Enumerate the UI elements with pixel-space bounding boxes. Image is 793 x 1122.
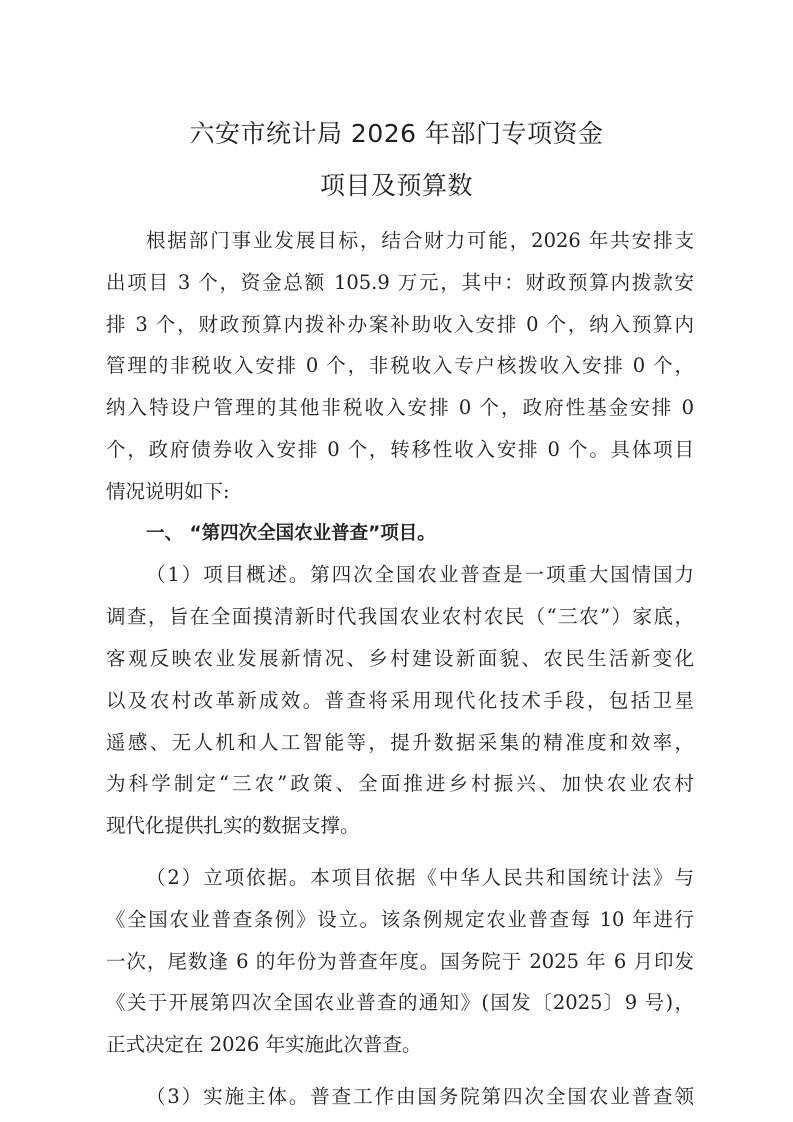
paragraph-line: 纳入特设户管理的其他非税收入安排 0 个，政府性基金安排 0 (106, 387, 694, 429)
paragraph-line: 为科学制定“三农”政策、全面推进乡村振兴、加快农业农村 (106, 763, 694, 805)
section-heading: 一、 “第四次全国农业普查”项目。 (106, 513, 694, 555)
overview-paragraph: （1）项目概述。第四次全国农业普查是一项重大国情国力 调查，旨在全面摸清新时代我… (106, 554, 694, 847)
paragraph-line: 《全国农业普查条例》设立。该条例规定农业普查每 10 年进行 (106, 899, 694, 941)
paragraph-line: 以及农村改革新成效。普查将采用现代化技术手段，包括卫星 (106, 680, 694, 722)
document-title-line1: 六安市统计局 2026 年部门专项资金 (0, 114, 793, 150)
paragraph-spacing (106, 847, 694, 857)
paragraph-line: 情况说明如下: (106, 471, 694, 513)
document-page: 六安市统计局 2026 年部门专项资金 项目及预算数 根据部门事业发展目标，结合… (0, 0, 793, 1122)
paragraph-line: 管理的非税收入安排 0 个，非税收入专户核拨收入安排 0 个， (106, 345, 694, 387)
paragraph-line: （2）立项依据。本项目依据《中华人民共和国统计法》与 (106, 857, 694, 899)
paragraph-line: 现代化提供扎实的数据支撑。 (106, 805, 694, 847)
paragraph-line: 客观反映农业发展新情况、乡村建设新面貌、农民生活新变化 (106, 638, 694, 680)
paragraph-line: 根据部门事业发展目标，结合财力可能，2026 年共安排支 (106, 220, 694, 262)
paragraph-line: 正式决定在 2026 年实施此次普查。 (106, 1024, 694, 1066)
paragraph-line: 《关于开展第四次全国农业普查的通知》(国发〔2025〕9 号)， (106, 982, 694, 1024)
document-title-line2: 项目及预算数 (0, 166, 793, 202)
document-body: 根据部门事业发展目标，结合财力可能，2026 年共安排支 出项目 3 个，资金总… (106, 220, 694, 1118)
paragraph-line: 排 3 个，财政预算内拨补办案补助收入安排 0 个，纳入预算内 (106, 304, 694, 346)
paragraph-line: 一次，尾数逢 6 的年份为普查年度。国务院于 2025 年 6 月印发 (106, 941, 694, 983)
paragraph-line: （1）项目概述。第四次全国农业普查是一项重大国情国力 (106, 554, 694, 596)
paragraph-spacing (106, 1066, 694, 1076)
paragraph-line: 个，政府债券收入安排 0 个，转移性收入安排 0 个。具体项目 (106, 429, 694, 471)
paragraph-line: 调查，旨在全面摸清新时代我国农业农村农民（“三农”）家底， (106, 596, 694, 638)
implementer-paragraph: （3）实施主体。普查工作由国务院第四次全国农业普查领 (106, 1076, 694, 1118)
intro-paragraph: 根据部门事业发展目标，结合财力可能，2026 年共安排支 出项目 3 个，资金总… (106, 220, 694, 513)
basis-paragraph: （2）立项依据。本项目依据《中华人民共和国统计法》与 《全国农业普查条例》设立。… (106, 857, 694, 1066)
paragraph-line: 遥感、无人机和人工智能等，提升数据采集的精准度和效率， (106, 722, 694, 764)
paragraph-line: 出项目 3 个，资金总额 105.9 万元，其中：财政预算内拨款安 (106, 262, 694, 304)
paragraph-line: （3）实施主体。普查工作由国务院第四次全国农业普查领 (106, 1076, 694, 1118)
